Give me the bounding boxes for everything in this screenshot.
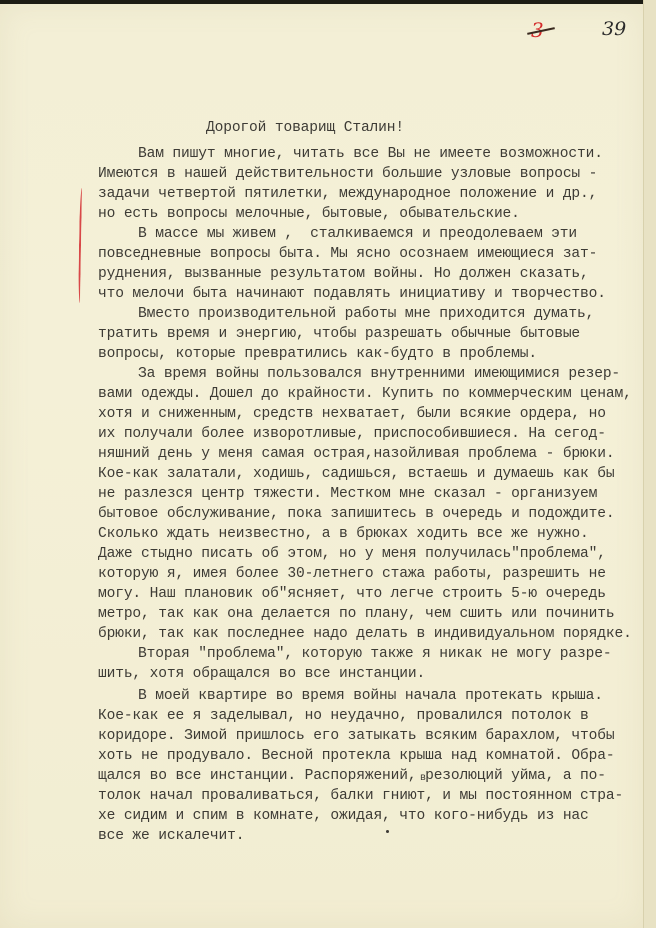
- letter-line: хоть не продувало. Весной протекла крыша…: [98, 746, 614, 766]
- letter-line: повседневные вопросы быта. Мы ясно осозн…: [98, 244, 597, 264]
- letter-line: Вторая "проблема", которую также я никак…: [138, 644, 611, 664]
- crossed-out-page-number: 3: [531, 18, 544, 42]
- letter-line: их получали более изворотливые, приспосо…: [98, 424, 606, 444]
- letter-line: шить, хотя обращался во все инстанции.: [98, 664, 425, 684]
- letter-greeting: Дорогой товарищ Сталин!: [206, 120, 404, 136]
- letter-line: хотя и сниженным, средств нехватает, был…: [98, 404, 606, 424]
- page-number: 39: [602, 18, 626, 40]
- letter-line: Даже стыдно писать об этом, но у меня по…: [98, 544, 606, 564]
- letter-line: Вам пишут многие, читать все Вы не имеет…: [138, 144, 603, 164]
- letter-line: Сколько ждать неизвестно, а в брюках ход…: [98, 524, 589, 544]
- letter-line: не разлезся центр тяжести. Местком мне с…: [98, 484, 597, 504]
- letter-line: вопросы, которые превратились как-будто …: [98, 344, 537, 364]
- letter-line: В массе мы живем , сталкиваемся и преодо…: [138, 224, 577, 244]
- letter-line: что мелочи быта начинают подавлять иници…: [98, 284, 606, 304]
- letter-line: Кое-как ее я заделывал, но неудачно, про…: [98, 706, 589, 726]
- letter-line: руднения, вызванные результатом войны. Н…: [98, 264, 589, 284]
- page-edge: [643, 0, 656, 928]
- letter-line: метро, так как она делается по плану, че…: [98, 604, 614, 624]
- letter-line: щался во все инстанции. Распоряжений, ре…: [98, 766, 606, 786]
- letter-line: За время войны пользовался внутренними и…: [138, 364, 620, 384]
- letter-line: брюки, так как последнее надо делать в и…: [98, 624, 632, 644]
- letter-line: хе сидим и спим в комнате, ожидая, что к…: [98, 806, 589, 826]
- handwritten-insert: в: [420, 773, 426, 784]
- letter-line: толок начал проваливаться, балки гниют, …: [98, 786, 623, 806]
- letter-line: которую я, имея более 30-летнего стажа р…: [98, 564, 606, 584]
- letter-line: Вместо производительной работы мне прихо…: [138, 304, 594, 324]
- letter-line: коридоре. Зимой пришлось его затыкать вс…: [98, 726, 614, 746]
- letter-line: но есть вопросы мелочные, бытовые, обыва…: [98, 204, 520, 224]
- letter-line: бытовое обслуживание, пока запишитесь в …: [98, 504, 614, 524]
- letter-line: В моей квартире во время войны начала пр…: [138, 686, 603, 706]
- letter-line: вами одежды. Дошел до крайности. Купить …: [98, 384, 632, 404]
- letter-line: няшний день у меня самая острая,назойлив…: [98, 444, 614, 464]
- letter-line: Имеются в нашей действительности большие…: [98, 164, 597, 184]
- letter-line: Кое-как залатали, ходишь, садишься, вста…: [98, 464, 614, 484]
- letter-line: задачи четвертой пятилетки, международно…: [98, 184, 597, 204]
- letter-line: тратить время и энергию, чтобы разрешать…: [98, 324, 580, 344]
- letter-line: все же искалечит.: [98, 826, 244, 846]
- letter-line: могу. Наш плановик об"ясняет, что легче …: [98, 584, 606, 604]
- ink-dot: [386, 830, 389, 833]
